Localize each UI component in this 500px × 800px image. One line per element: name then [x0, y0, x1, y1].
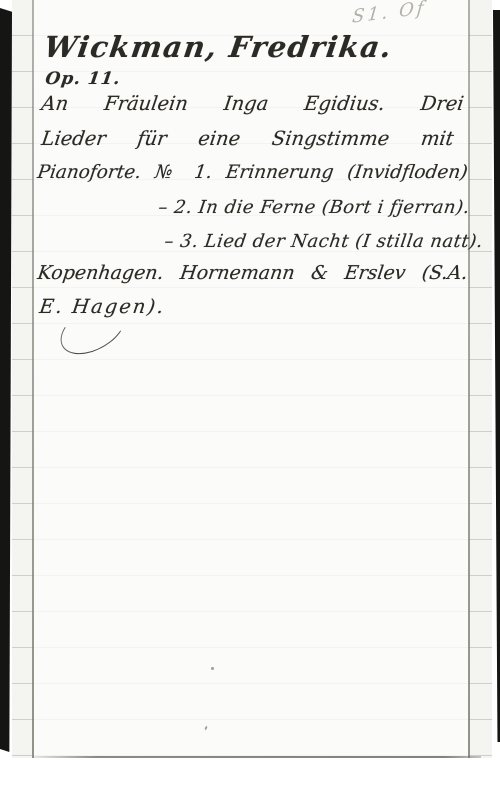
- body-line-title: Lieder für eine Singstimme mit: [40, 128, 455, 150]
- card-bottom-edge: [33, 756, 481, 758]
- body-line-no1: Pianoforte. № 1. Erinnerung (Invidfloden…: [36, 162, 469, 183]
- card-edge-line-right: [468, 0, 470, 758]
- author-heading: Wickman, Fredrika.: [42, 31, 395, 64]
- card-edge-line-left: [32, 0, 34, 758]
- body-line-publisher: Kopenhagen. Hornemann & Erslev (S.A.: [36, 263, 469, 285]
- body-line-no2: – 2. In die Ferne (Bort i fjerran).: [157, 198, 471, 219]
- scanned-catalog-card: S1. Of Wickman, Fredrika. Op. 11. An Frä…: [0, 0, 500, 800]
- ruled-margin-right: [469, 0, 492, 758]
- scan-black-edge-right: [491, 10, 500, 742]
- opus-number: Op. 11.: [44, 70, 122, 90]
- body-line-dedication: An Fräulein Inga Egidius. Drei: [40, 93, 465, 115]
- body-line-no3: – 3. Lied der Nacht (I stilla natt).: [163, 232, 484, 253]
- ruled-margin-left: [12, 0, 33, 758]
- scan-black-edge-left: [0, 8, 12, 752]
- ink-speck: [211, 667, 214, 670]
